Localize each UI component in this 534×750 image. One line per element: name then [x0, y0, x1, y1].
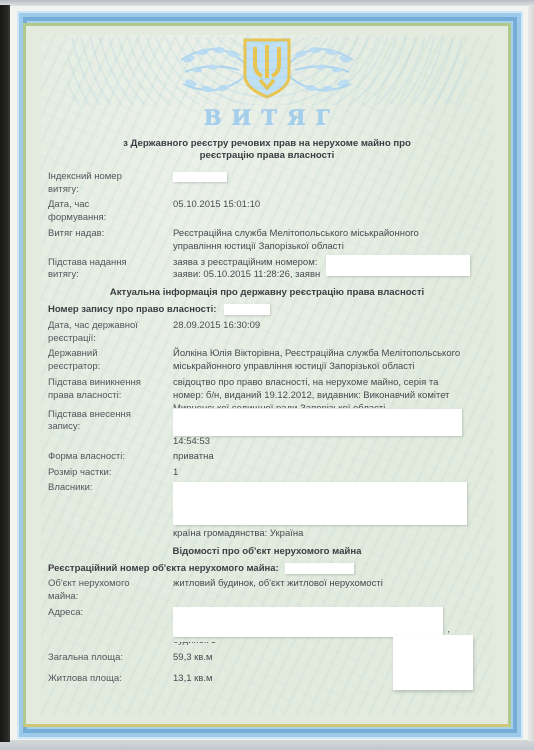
field-value: Реєстраційна служба Мелітопольського міс… — [173, 228, 486, 254]
field-row-share-size: Розмір частки: 1 — [48, 467, 486, 480]
document-title: ВИТЯГ — [48, 107, 486, 129]
trident-icon — [245, 40, 289, 97]
scan-edge-right — [528, 5, 534, 741]
visible-time: 14:54:53 — [173, 436, 486, 449]
field-label: Власники: — [48, 482, 173, 541]
field-row-issued-by: Витяг надав: Реєстраційна служба Мелітоп… — [48, 228, 486, 254]
scanned-document-page: ВИТЯГ з Державного реєстру речових прав … — [0, 0, 534, 750]
field-label: Реєстраційний номер об'єкта нерухомого м… — [48, 563, 279, 574]
subtitle-line-2: реєстрацію права власності — [48, 150, 486, 163]
field-row-ownership-form: Форма власності: приватна — [48, 451, 486, 464]
field-label: Об'єкт нерухомого майна: — [48, 578, 173, 604]
scan-edge-bottom — [0, 740, 534, 750]
citizenship-note: країна громадянства: Україна — [173, 528, 486, 541]
redaction-box — [326, 255, 470, 276]
field-list: Індексний номер витягу: Дата, час формув… — [48, 171, 486, 686]
field-row-property-object: Об'єкт нерухомого майна: житловий будино… — [48, 578, 486, 604]
field-row-owners: Власники: країна громадянства: Україна — [48, 482, 486, 541]
field-value: Йолкіна Юлія Вікторівна, Реєстраційна сл… — [173, 348, 486, 374]
field-label: Житлова площа: — [48, 673, 173, 686]
field-label: Адреса: — [48, 607, 173, 648]
field-row-index-number: Індексний номер витягу: — [48, 171, 486, 197]
field-label: Дата, час державної реєстрації: — [48, 320, 173, 346]
field-row-state-reg-date: Дата, час державної реєстрації: 28.09.20… — [48, 320, 486, 346]
subtitle-line-1: з Державного реєстру речових прав на нер… — [48, 138, 486, 151]
field-value: країна громадянства: Україна — [173, 482, 486, 541]
field-label: Підстава виникнення права власності: — [48, 377, 173, 408]
redaction-box — [285, 563, 354, 574]
field-label: Підстава надання витягу: — [48, 257, 173, 283]
field-label: Загальна площа: — [48, 652, 173, 665]
document-header: ВИТЯГ з Державного реєстру речових прав … — [48, 37, 486, 163]
field-label: Дата, час формування: — [48, 199, 173, 225]
field-value — [173, 171, 486, 197]
redaction-box — [224, 304, 270, 315]
field-value: 05.10.2015 15:01:10 — [173, 199, 486, 225]
field-value: 14:54:53 — [173, 409, 486, 449]
field-label: Підстава внесення запису: — [48, 409, 173, 449]
section-header-object-info: Відомості про об'єкт нерухомого майна — [48, 546, 486, 559]
redaction-box — [173, 607, 443, 637]
field-value: 1 — [173, 467, 486, 480]
field-label: Форма власності: — [48, 451, 173, 464]
field-label: Розмір частки: — [48, 467, 173, 480]
redaction-box — [173, 409, 462, 436]
field-label: Витяг надав: — [48, 228, 173, 254]
field-row-record-basis: Підстава внесення запису: 14:54:53 — [48, 409, 486, 449]
field-row-ownership-basis: Підстава виникнення права власності: сві… — [48, 377, 486, 408]
field-value: житловий будинок, об'єкт житлової нерухо… — [173, 578, 486, 604]
field-label: Державний реєстратор: — [48, 348, 173, 374]
scan-edge-left — [0, 5, 10, 742]
field-value: 28.09.2015 16:30:09 — [173, 320, 486, 346]
field-row-formed: Дата, час формування: 05.10.2015 15:01:1… — [48, 199, 486, 225]
section-header-current-info: Актуальна інформація про державну реєстр… — [48, 287, 486, 300]
field-label: Індексний номер витягу: — [48, 171, 173, 197]
field-value: приватна — [173, 451, 486, 464]
field-row-record-number: Номер запису про право власності: — [48, 304, 486, 317]
redaction-box — [173, 482, 467, 525]
field-row-registrar: Державний реєстратор: Йолкіна Юлія Вікто… — [48, 348, 486, 374]
partially-redacted-line: Мирненської селищної ради Запорізької об… — [173, 403, 486, 408]
field-value: свідоцтво про право власності, на нерухо… — [173, 377, 486, 408]
document-subtitle: з Державного реєстру речових прав на нер… — [48, 138, 486, 163]
field-row-object-reg-number: Реєстраційний номер об'єкта нерухомого м… — [48, 563, 486, 576]
redaction-box — [173, 172, 227, 182]
coat-of-arms-emblem — [169, 38, 365, 100]
field-label: Номер запису про право власності: — [48, 304, 216, 315]
field-value: заява з реєстраційним номером: заяви: 05… — [173, 257, 486, 283]
document-body: ВИТЯГ з Державного реєстру речових прав … — [41, 35, 493, 715]
stamp-redaction-box — [393, 635, 473, 690]
field-row-issue-basis: Підстава надання витягу: заява з реєстра… — [48, 257, 486, 283]
